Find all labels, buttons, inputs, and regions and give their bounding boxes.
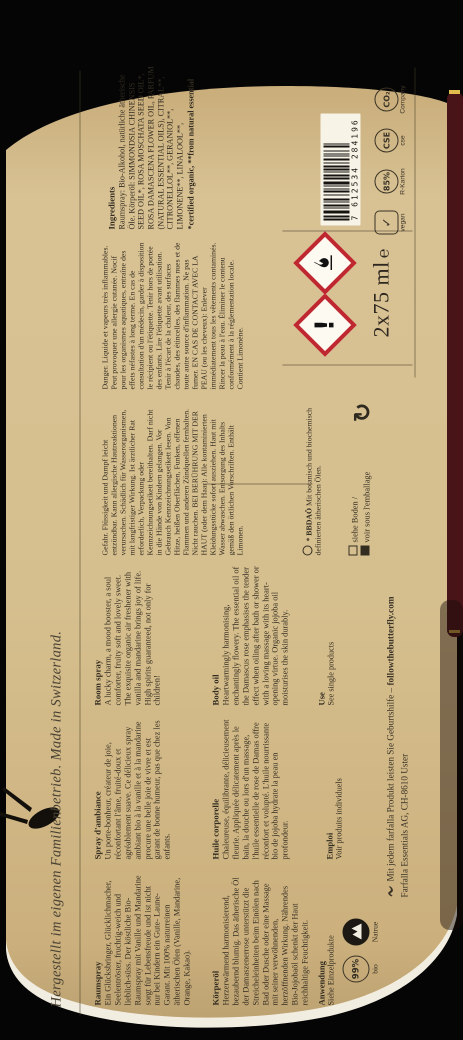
- see-bottom-note: siehe Boden / voir sous l'emballage: [349, 472, 374, 556]
- fr-usage: Emploi Voir produits individuels: [325, 730, 345, 860]
- ghs-exclamation-icon: !: [299, 300, 351, 352]
- cap-strip: [447, 92, 463, 637]
- top-rule: [80, 71, 81, 1016]
- hand-icon: [386, 886, 400, 898]
- natrue-logo-icon: [343, 919, 370, 946]
- footer-url: followthebutterfly.com: [386, 596, 396, 685]
- hazard-de: Gefahr. Flüssigkeit und Dampf leicht ent…: [101, 406, 246, 556]
- made-in-line: Hergestellt im eigenen Familienbetrieb. …: [49, 631, 66, 1008]
- footer-line-2: Farfalla Essentials AG, CH-8610 Uster: [398, 478, 412, 898]
- vegan-hand-icon: ✓: [375, 211, 399, 235]
- de-body-oil-title: Körperöl: [211, 874, 221, 1006]
- footer: Mit jedem farfalla Produkt leisten Sie G…: [385, 478, 413, 898]
- divider-4: [415, 68, 416, 378]
- de-usage-body: Siehe Einzelprodukte: [327, 886, 337, 1006]
- fr-room-spray-body: Un porte-bonheur, créateur de joie, réco…: [104, 718, 173, 860]
- co2-neutral-badge: CO₂Company: [375, 85, 407, 115]
- barcode-digits: 7 612534 284196: [351, 118, 360, 220]
- fr-room-spray-title: Spray d'ambiance: [93, 718, 103, 860]
- package-bottom-icon: [349, 546, 358, 556]
- fr-room-spray-section: Spray d'ambiance Un porte-bonheur, créat…: [93, 718, 173, 860]
- ghs-pictograms: !: [299, 238, 351, 352]
- footer-line-1: Mit jedem farfalla Produkt leisten Sie G…: [385, 478, 399, 898]
- en-room-spray-section: Room spray A lucky charm, a mood booster…: [93, 566, 163, 706]
- en-room-spray-body: A lucky charm, a mood booster, a soul co…: [104, 566, 163, 706]
- divider-2: [283, 365, 413, 366]
- estimated-sign: ℮: [376, 248, 393, 258]
- en-usage-body: See single products: [327, 586, 337, 706]
- natrue-mark: Natrue: [343, 919, 380, 946]
- fr-body-oil-title: Huile corporelle: [211, 718, 221, 860]
- package-bottom-filled-icon: [361, 546, 370, 556]
- ingredients-footnote: *certified organic, **from natural essen…: [187, 66, 197, 230]
- de-room-spray-title: Raumspray: [93, 874, 103, 1006]
- fr-usage-body: Voir produits individuels: [335, 730, 345, 860]
- en-body-oil-title: Body oil: [211, 566, 221, 706]
- de-room-spray-body: Ein Glücksbringer, Glücklichmacher, Seel…: [104, 874, 192, 1006]
- de-room-spray-section: Raumspray Ein Glücksbringer, Glücklichma…: [93, 874, 193, 1006]
- en-body-oil-body: Heartwarmingly harmonising, enchantingly…: [222, 566, 291, 706]
- en-body-oil-section: Body oil Heartwarmingly harmonising, enc…: [211, 566, 291, 706]
- en-usage-title: Use: [317, 586, 327, 706]
- divider-1: [205, 484, 313, 485]
- fr-body-oil-section: Huile corporelle Chaleureuse, équilibran…: [211, 718, 291, 860]
- ingredients-body: Raumspray: Bio-Alkohol, natürliche äther…: [118, 66, 185, 230]
- recycled-carton-badge: 85%R-Karton: [375, 167, 407, 197]
- co2-neutral-icon: CO₂: [375, 88, 399, 112]
- certification-badges: ✓vegan85%R-KartonCSEcseCO₂Company: [375, 85, 407, 238]
- en-usage: Use See single products: [317, 586, 337, 706]
- fr-usage-title: Emploi: [325, 730, 335, 860]
- ingredients-section: Ingredients Raumspray: Bio-Alkohol, natü…: [107, 66, 197, 230]
- ghs-flame-icon: [299, 238, 351, 290]
- volume-text: 2x75 ml℮: [369, 248, 395, 337]
- cap-highlight: [449, 90, 460, 94]
- hazard-fr: Danger. Liquide et vapeurs très inflamma…: [101, 242, 246, 390]
- barcode-bars: [324, 118, 350, 220]
- cse-seal-label: cse: [400, 126, 407, 156]
- see-bottom-de: siehe Boden /: [351, 497, 360, 543]
- de-body-oil-body: Herzerwärmend harmonisierend, bezaubernd…: [222, 874, 310, 1006]
- see-bottom-fr: voir sous l'emballage: [363, 472, 372, 543]
- right-shadow: [440, 600, 463, 930]
- bbd-label: * BBDAÖ: [305, 508, 314, 542]
- cert-marks: 99% bio Natrue: [343, 919, 380, 983]
- bbd-footnote: * BBDAÖ Mit botanisch und biochemisch de…: [303, 396, 324, 556]
- recycled-carton-icon: 85%: [375, 170, 399, 194]
- organic-percent-mark: 99% bio: [343, 956, 380, 983]
- fr-body-oil-body: Chaleureuse, équilibrante, délicieusemen…: [222, 718, 291, 860]
- percent-badge-icon: 99%: [343, 956, 370, 983]
- product-photo: Hergestellt im eigenen Familienbetrieb. …: [0, 0, 463, 1040]
- cse-seal-badge: CSEcse: [375, 126, 407, 156]
- de-usage: Anwendung Siehe Einzelprodukte: [317, 886, 337, 1006]
- en-room-spray-title: Room spray: [93, 566, 103, 706]
- percent-badge-label: bio: [371, 956, 380, 983]
- de-usage-title: Anwendung: [317, 886, 327, 1006]
- back-label: Hergestellt im eigenen Familienbetrieb. …: [33, 53, 433, 1038]
- recycled-carton-label: R-Karton: [400, 167, 407, 197]
- co2-neutral-label: Company: [400, 85, 407, 115]
- barcode: 7 612534 284196: [321, 113, 361, 225]
- vegan-hand-badge: ✓vegan: [375, 208, 407, 238]
- cse-seal-icon: CSE: [375, 129, 399, 153]
- recycle-icon: ↻: [349, 402, 377, 422]
- ingredients-title: Ingredients: [107, 66, 117, 230]
- natrue-label: Natrue: [371, 919, 380, 946]
- vegan-hand-label: vegan: [400, 208, 407, 238]
- de-body-oil-section: Körperöl Herzerwärmend harmonisierend, b…: [211, 874, 311, 1006]
- best-before-icon: [303, 546, 313, 556]
